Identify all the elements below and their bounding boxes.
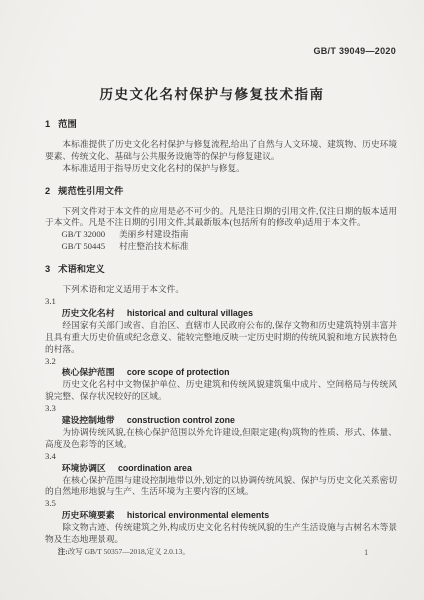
- reference-code: GB/T 32000: [62, 229, 106, 239]
- term-number: 3.2: [45, 356, 397, 368]
- reference-item: GB/T 50445村庄整治技术标准: [62, 241, 397, 253]
- term-number: 3.1: [45, 296, 397, 308]
- term-heading: 核心保护范围core scope of protection: [62, 367, 397, 379]
- term-number: 3.3: [45, 403, 397, 415]
- section-number: 1: [45, 119, 50, 129]
- section-scope: 1范围 本标准提供了历史文化名村保护与修复流程,给出了自然与人文环境、建筑物、历…: [45, 119, 397, 175]
- document-body: 1范围 本标准提供了历史文化名村保护与修复流程,给出了自然与人文环境、建筑物、历…: [45, 119, 397, 557]
- standard-number: GB/T 39049—2020: [313, 46, 396, 56]
- term-en: core scope of protection: [127, 367, 230, 377]
- term-zh: 核心保护范围: [62, 367, 115, 377]
- term-zh: 建设控制地带: [62, 415, 115, 425]
- term-definition: 经国家有关部门或省、自治区、直辖市人民政府公布的,保存文物和历史建筑特别丰富并且…: [45, 320, 397, 356]
- term-entry: 3.4 环境协调区coordination area 在核心保护范围与建设控制地…: [45, 451, 397, 499]
- term-definition: 除文物古迹、传统建筑之外,构成历史文化名村传统风貌的生产生活设施与古树名木等景物…: [45, 522, 397, 546]
- term-zh: 历史文化名村: [62, 308, 115, 318]
- term-zh: 历史环境要素: [62, 510, 115, 520]
- section-heading: 3术语和定义: [45, 264, 397, 276]
- term-heading: 历史文化名村historical and cultural villages: [62, 308, 397, 320]
- term-definition: 在核心保护范围与建设控制地带以外,划定的以协调传统风貌、保护与历史文化关系密切的…: [45, 475, 397, 499]
- reference-code: GB/T 50445: [62, 241, 106, 251]
- term-number: 3.5: [45, 498, 397, 510]
- section-references: 2规范性引用文件 下列文件对于本文件的应用是必不可少的。凡是注日期的引用文件,仅…: [45, 186, 397, 254]
- term-heading: 建设控制地带construction control zone: [62, 415, 397, 427]
- section-title: 规范性引用文件: [58, 186, 123, 196]
- term-en: historical and cultural villages: [127, 308, 253, 318]
- note-label: 注:: [58, 547, 68, 556]
- term-definition: 为协调传统风貌,在核心保护范围以外允许建设,但限定建(构)筑物的性质、形式、体量…: [45, 427, 397, 451]
- section-title: 术语和定义: [58, 264, 105, 274]
- term-en: coordination area: [118, 463, 192, 473]
- section-title: 范围: [58, 119, 77, 129]
- term-definition: 历史文化名村中文物保护单位、历史建筑和传统风貌建筑集中成片、空间格局与传统风貌完…: [45, 379, 397, 403]
- reference-title: 美丽乡村建设指南: [119, 229, 189, 239]
- document-title: 历史文化名村保护与修复技术指南: [0, 83, 424, 103]
- term-entry: 3.3 建设控制地带construction control zone 为协调传…: [45, 403, 397, 451]
- section-number: 2: [45, 186, 50, 196]
- scope-paragraph-2: 本标准适用于指导历史文化名村的保护与修复。: [45, 163, 397, 175]
- page-number: 1: [364, 547, 368, 557]
- term-entry: 3.2 核心保护范围core scope of protection 历史文化名…: [45, 356, 397, 404]
- term-entry: 3.1 历史文化名村historical and cultural villag…: [45, 296, 397, 356]
- term-heading: 历史环境要素historical environmental elements: [62, 510, 397, 522]
- section-number: 3: [45, 264, 50, 274]
- term-entry: 3.5 历史环境要素historical environmental eleme…: [45, 498, 397, 557]
- term-heading: 环境协调区coordination area: [62, 463, 397, 475]
- section-heading: 2规范性引用文件: [45, 186, 397, 198]
- section-terms: 3术语和定义 下列术语和定义适用于本文件。 3.1 历史文化名村historic…: [45, 264, 397, 557]
- document-page: GB/T 39049—2020 历史文化名村保护与修复技术指南 1范围 本标准提…: [0, 0, 424, 600]
- note-text: 改写 GB/T 50357—2018,定义 2.0.13。: [68, 547, 190, 556]
- term-zh: 环境协调区: [62, 463, 106, 473]
- term-number: 3.4: [45, 451, 397, 463]
- references-paragraph: 下列文件对于本文件的应用是必不可少的。凡是注日期的引用文件,仅注日期的版本适用于…: [45, 206, 397, 230]
- reference-title: 村庄整治技术标准: [119, 241, 189, 251]
- reference-item: GB/T 32000美丽乡村建设指南: [62, 229, 397, 241]
- terms-intro: 下列术语和定义适用于本文件。: [45, 284, 397, 296]
- term-note: 注:改写 GB/T 50357—2018,定义 2.0.13。: [58, 547, 397, 557]
- section-heading: 1范围: [45, 119, 397, 131]
- term-en: construction control zone: [127, 415, 235, 425]
- scope-paragraph-1: 本标准提供了历史文化名村保护与修复流程,给出了自然与人文环境、建筑物、历史环境要…: [45, 139, 397, 163]
- term-en: historical environmental elements: [127, 510, 269, 520]
